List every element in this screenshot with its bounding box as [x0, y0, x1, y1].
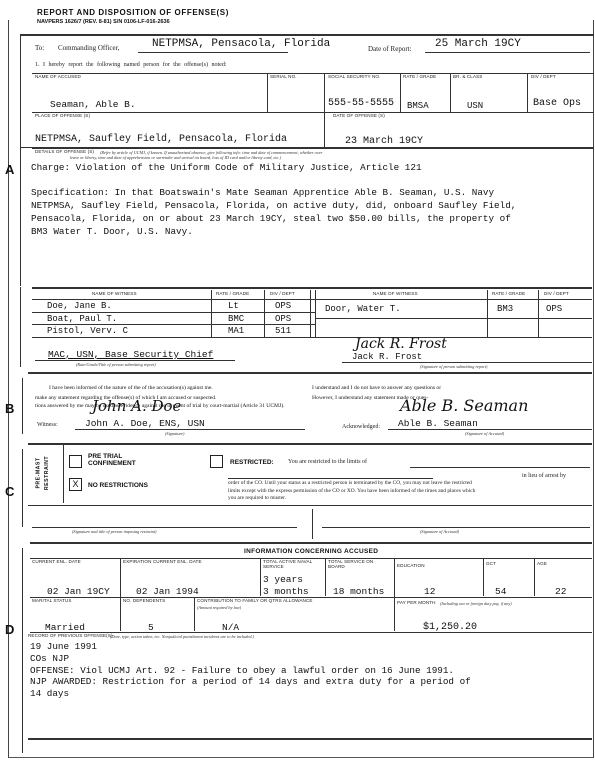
row-divider [30, 632, 592, 633]
section-c-letter: C [5, 484, 14, 499]
rights-line: I have been informed of the nature of th… [35, 383, 305, 393]
submitter-signature-label: (Signature of person submitting report) [420, 364, 487, 369]
offense-line: NJP AWARDED: Restriction for a period of… [30, 676, 471, 688]
row-divider [32, 299, 316, 300]
exp-date-label: EXPIRATION CURRENT ENL. DATE [123, 560, 202, 565]
witness-col-rate-left: RATE / GRADE [216, 292, 249, 297]
col-divider [527, 73, 528, 112]
witness-rate[interactable]: Lt [228, 301, 239, 311]
col-divider [211, 290, 212, 337]
specification-line: BM3 Water T. Door, U.S. Navy. [31, 225, 516, 238]
contribution-sublabel: (Amount required by law) [197, 605, 241, 610]
place-of-offense-label: PLACE OF OFFENSE (S) [35, 114, 90, 119]
accused-typed-name: Able B. Seaman [398, 418, 478, 429]
section-d-top-border [30, 542, 592, 544]
no-restrictions-checkbox[interactable]: X [69, 478, 82, 491]
branch-class-value[interactable]: USN [467, 101, 483, 111]
witness-col-rate-right: RATE / GRADE [492, 292, 525, 297]
enl-date-value[interactable]: 02 Jan 19CY [47, 586, 110, 597]
col-divider [483, 558, 484, 596]
lieu-text: in lieu of arrest by [522, 473, 566, 479]
witness-div[interactable]: OPS [275, 301, 291, 311]
rate-grade-value[interactable]: BMSA [407, 101, 429, 111]
form-number: NAVPERS 1626/7 (REV. 8-81) S/N 0106-LF-0… [37, 19, 170, 25]
col-divider [394, 558, 395, 631]
date-of-report-value[interactable]: 25 March 19CY [435, 38, 521, 50]
date-of-offense-label: DATE OF OFFENSE (S) [333, 114, 385, 119]
witness-name[interactable]: Boat, Paul T. [47, 314, 117, 324]
section-d-bottom-border [28, 738, 592, 740]
imposer-signature-field[interactable] [32, 527, 297, 528]
pay-per-month-label: PAY PER MONTH [397, 601, 436, 606]
offense-line: COs NJP [30, 653, 471, 665]
order-line: limits except with the express permissio… [228, 488, 475, 496]
onboard-label: TOTAL SERVICE ON BOARD [328, 560, 383, 570]
name-of-accused-label: NAME OF ACCUSED [35, 75, 81, 80]
pre-mast-restraint-label: PRE-MAST RESTRAINT [37, 452, 61, 502]
witness-col-name-left: NAME OF WITNESS [92, 292, 137, 297]
rate-grade-label: RATE / GRADE [403, 75, 436, 80]
offense-line: OFFENSE: Viol UCMJ Art. 92 - Failure to … [30, 665, 471, 677]
previous-offenses-label: RECORD OF PREVIOUS OFFENSE(S) [28, 634, 113, 639]
education-label: EDUCATION [397, 564, 425, 569]
place-of-offense-value[interactable]: NETPMSA, Saufley Field, Pensacola, Flori… [35, 134, 287, 145]
section-d-left-border [22, 548, 23, 753]
witness-name[interactable]: Pistol, Verv. C [47, 326, 128, 336]
restricted-checkbox[interactable] [210, 455, 223, 468]
col-divider [324, 73, 325, 147]
div-dept-label: DIV / DEPT [531, 75, 556, 80]
witness-name[interactable]: Doe, Jane B. [47, 301, 112, 311]
row-divider [32, 73, 594, 74]
onboard-value[interactable]: 18 months [333, 586, 384, 597]
section-b-top-border [28, 372, 592, 374]
witness-rate[interactable]: BM3 [497, 304, 513, 314]
imposer-signature-label: (Signature and title of person imposing … [72, 529, 156, 534]
accused-restraint-signature-field[interactable] [322, 527, 590, 528]
naval-service-label: TOTAL ACTIVE NAVAL SERVICE [263, 560, 323, 570]
col-divider [312, 509, 313, 539]
col-divider [260, 558, 261, 596]
row-divider [316, 318, 592, 319]
witness-rate[interactable]: MA1 [228, 326, 244, 336]
witness-signature-underline [75, 429, 305, 430]
order-line: order of the CO. Until your status as a … [228, 480, 475, 488]
pretrial-confinement-label: PRE TRIAL CONFINEMENT [88, 453, 158, 467]
col-divider [487, 290, 488, 337]
col-divider [120, 558, 121, 631]
section-d-letter: D [5, 622, 14, 637]
submitter-title-underline [35, 360, 235, 361]
accused-signature-underline [388, 429, 592, 430]
dependents-label: NO. DEPENDENTS [123, 599, 165, 604]
witness-top-border [32, 287, 592, 289]
date-of-offense-value[interactable]: 23 March 19CY [345, 136, 423, 147]
details-instructions-2: leave or liberty, time and date of appre… [70, 155, 281, 160]
submitter-signature-underline [342, 362, 592, 363]
accused-signature[interactable]: Able B. Seaman [400, 396, 528, 415]
date-underline [425, 52, 590, 53]
accused-restraint-signature-label: (Signature of Accused) [420, 529, 459, 534]
contribution-label: CONTRIBUTION TO FAMILY OR QTRS ALLOWANCE [197, 599, 313, 604]
col-divider [194, 597, 195, 631]
row-divider [32, 324, 316, 325]
submitter-signature-typed: Jack R. Frost [352, 352, 422, 362]
witness-left-border [20, 287, 21, 367]
gct-label: GCT [486, 562, 496, 567]
date-of-report-label: Date of Report: [368, 45, 412, 53]
col-divider [267, 73, 268, 112]
naval-service-years[interactable]: 3 years [263, 574, 303, 585]
specification-text[interactable]: Specification: In that Boatswain's Mate … [31, 186, 516, 238]
pay-per-month-sublabel: (Including sea or foreign duty pay, if a… [440, 601, 590, 606]
acknowledged-label: Acknowledged: [342, 424, 380, 430]
marital-status-label: MARITAL STATUS [32, 599, 72, 604]
name-of-accused-value[interactable]: Seaman, Able B. [50, 99, 136, 110]
order-line: you are required to muster. [228, 495, 475, 503]
report-statement: 1. I hereby report the following named p… [35, 62, 227, 68]
naval-service-months[interactable]: 3 months [263, 586, 309, 597]
submitter-title-value[interactable]: MAC, USN, Base Security Chief [48, 349, 213, 360]
col-divider [450, 73, 451, 112]
col-divider [534, 558, 535, 596]
to-label: To: [35, 44, 44, 52]
age-value[interactable]: 22 [555, 586, 566, 597]
witness-rate[interactable]: BMC [228, 314, 244, 324]
enl-date-label: CURRENT ENL. DATE [32, 560, 81, 565]
submitter-signature[interactable]: Jack R. Frost [355, 336, 447, 352]
col-divider [63, 445, 64, 503]
offense-line: 19 June 1991 [30, 641, 471, 653]
col-divider [315, 290, 316, 337]
witness-div[interactable]: 511 [275, 326, 291, 336]
to-value[interactable]: NETPMSA, Pensacola, Florida [152, 38, 330, 50]
offense-line: 14 days [30, 688, 471, 700]
section-a-letter: A [5, 162, 14, 177]
section-c-top-border [28, 443, 592, 445]
section-b-left-border [22, 378, 23, 434]
branch-class-label: BR. & CLASS [453, 75, 482, 80]
submitter-title-label: (Rate/Grade/Title of person submitting r… [76, 362, 156, 367]
gct-value[interactable]: 54 [495, 586, 506, 597]
pretrial-confinement-checkbox[interactable] [69, 455, 82, 468]
row-divider [28, 505, 592, 506]
row-divider [32, 112, 594, 113]
rights-line: I understand and I do not have to answer… [312, 383, 441, 393]
witness-col-div-left: DIV / DEPT [270, 292, 295, 297]
previous-offenses-instructions: (Date, type, action taken, etc. Nonjudic… [110, 634, 254, 639]
info-heading: INFORMATION CONCERNING ACCUSED [244, 548, 378, 555]
witness-name[interactable]: Door, Water T. [325, 304, 401, 314]
section-b-letter: B [5, 401, 14, 416]
specification-line: Pensacola, Florida, on or about 23 March… [31, 212, 516, 225]
side-label-line: PRE-MAST [36, 457, 42, 488]
witness-label: Witness: [37, 422, 58, 428]
witness-typed-name: John A. Doe, ENS, USN [85, 418, 205, 429]
specification-line: Specification: In that Boatswain's Mate … [31, 186, 516, 199]
witness-col-name-right: NAME OF WITNESS [373, 292, 418, 297]
div-dept-value[interactable]: Base Ops [533, 98, 581, 109]
witness-col-div-right: DIV / DEPT [544, 292, 569, 297]
to-underline [138, 52, 288, 53]
age-label: AGE [537, 562, 547, 567]
ssn-label: SOCIAL SECURITY NO. [328, 75, 380, 80]
charge-text[interactable]: Charge: Violation of the Uniform Code of… [31, 162, 422, 173]
section-a-border [20, 148, 21, 286]
restriction-limits-field-2[interactable] [228, 478, 433, 479]
restriction-order-text: order of the CO. Until your status as a … [228, 480, 475, 503]
restriction-limits-field[interactable] [410, 467, 590, 468]
restricted-text: You are restricted to the limits of [288, 459, 367, 465]
side-label-line: RESTRAINT [44, 456, 50, 490]
col-divider [325, 558, 326, 596]
form-title: REPORT AND DISPOSITION OF OFFENSE(S) [37, 8, 229, 17]
col-divider [400, 73, 401, 112]
ssn-value[interactable]: 555-55-5555 [328, 98, 394, 109]
previous-offenses-text[interactable]: 19 June 1991 COs NJP OFFENSE: Viol UCMJ … [30, 641, 471, 700]
restricted-label: RESTRICTED: [230, 459, 274, 466]
no-restrictions-label: NO RESTRICTIONS [88, 482, 148, 489]
specification-line: NETPMSA, Saufley Field, Pensacola, Flori… [31, 199, 516, 212]
witness-signature[interactable]: John A. Doe [92, 397, 181, 415]
accused-signature-label: (Signature of Accused) [465, 431, 504, 436]
witness-signature-label: (Signature) [165, 431, 184, 436]
witness-div[interactable]: OPS [546, 304, 562, 314]
exp-date-value[interactable]: 02 Jan 1994 [136, 586, 199, 597]
section-c-left-border [22, 449, 23, 527]
witness-div[interactable]: OPS [275, 314, 291, 324]
row-divider [32, 337, 316, 338]
to-prefix: Commanding Officer, [58, 44, 119, 52]
serial-no-label: SERIAL NO. [270, 75, 297, 80]
education-value[interactable]: 12 [424, 586, 435, 597]
row-divider [32, 148, 594, 149]
col-divider [310, 290, 311, 337]
row-divider [32, 312, 316, 313]
row-divider [316, 299, 592, 300]
col-divider [538, 290, 539, 337]
col-divider [264, 290, 265, 337]
